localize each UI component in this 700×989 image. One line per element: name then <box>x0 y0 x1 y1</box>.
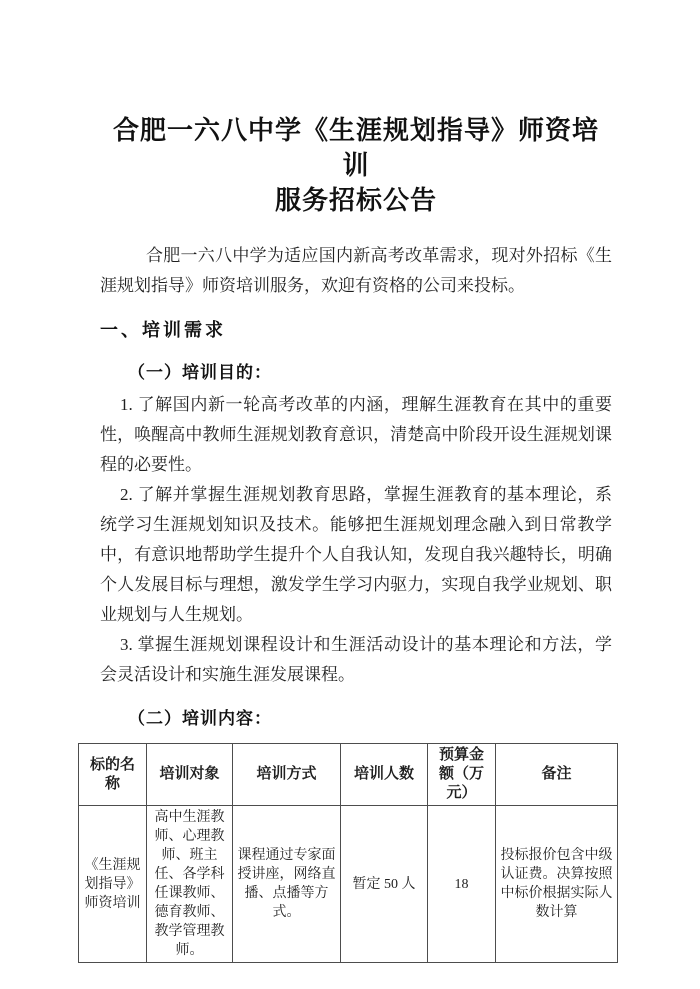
purpose-item-1: 1. 了解国内新一轮高考改革的内涵，理解生涯教育在其中的重要性，唤醒高中教师生涯… <box>100 390 612 480</box>
document-page: 合肥一六八中学《生涯规划指导》师资培训 服务招标公告 合肥一六八中学为适应国内新… <box>0 0 700 989</box>
document-title-line1: 合肥一六八中学《生涯规划指导》师资培训 <box>100 113 612 183</box>
cell-training-count: 暂定 50 人 <box>341 806 428 963</box>
header-training-count: 培训人数 <box>341 744 428 806</box>
header-training-method: 培训方式 <box>233 744 341 806</box>
cell-training-target: 高中生涯教师、心理教师、班主任、各学科任课教师、德育教师、教学管理教师。 <box>147 806 233 963</box>
document-title: 合肥一六八中学《生涯规划指导》师资培训 服务招标公告 <box>100 113 612 218</box>
table-row: 《生涯规划指导》师资培训 高中生涯教师、心理教师、班主任、各学科任课教师、德育教… <box>79 806 618 963</box>
cell-budget-amount: 18 <box>428 806 496 963</box>
cell-training-method: 课程通过专家面授讲座，网络直播、点播等方式。 <box>233 806 341 963</box>
section-heading-training-needs: 一、培训需求 <box>100 315 612 345</box>
header-training-target: 培训对象 <box>147 744 233 806</box>
intro-paragraph: 合肥一六八中学为适应国内新高考改革需求，现对外招标《生涯规划指导》师资培训服务，… <box>100 241 612 301</box>
purpose-item-2: 2. 了解并掌握生涯规划教育思路，掌握生涯教育的基本理论，系统学习生涯规划知识及… <box>100 480 612 630</box>
purpose-item-3: 3. 掌握生涯规划课程设计和生涯活动设计的基本理论和方法，学会灵活设计和实施生涯… <box>100 630 612 690</box>
header-subject-name: 标的名称 <box>79 744 147 806</box>
header-remark: 备注 <box>496 744 618 806</box>
training-content-table: 标的名称 培训对象 培训方式 培训人数 预算金额（万元） 备注 《生涯规划指导》… <box>78 743 618 963</box>
cell-remark: 投标报价包含中级认证费。决算按照中标价根据实际人数计算 <box>496 806 618 963</box>
cell-subject-name: 《生涯规划指导》师资培训 <box>79 806 147 963</box>
subsection-heading-training-content: （二）培训内容： <box>100 704 612 734</box>
subsection-heading-training-purpose: （一）培训目的： <box>100 358 612 388</box>
table-header-row: 标的名称 培训对象 培训方式 培训人数 预算金额（万元） 备注 <box>79 744 618 806</box>
document-title-line2: 服务招标公告 <box>100 183 612 218</box>
header-budget-amount: 预算金额（万元） <box>428 744 496 806</box>
